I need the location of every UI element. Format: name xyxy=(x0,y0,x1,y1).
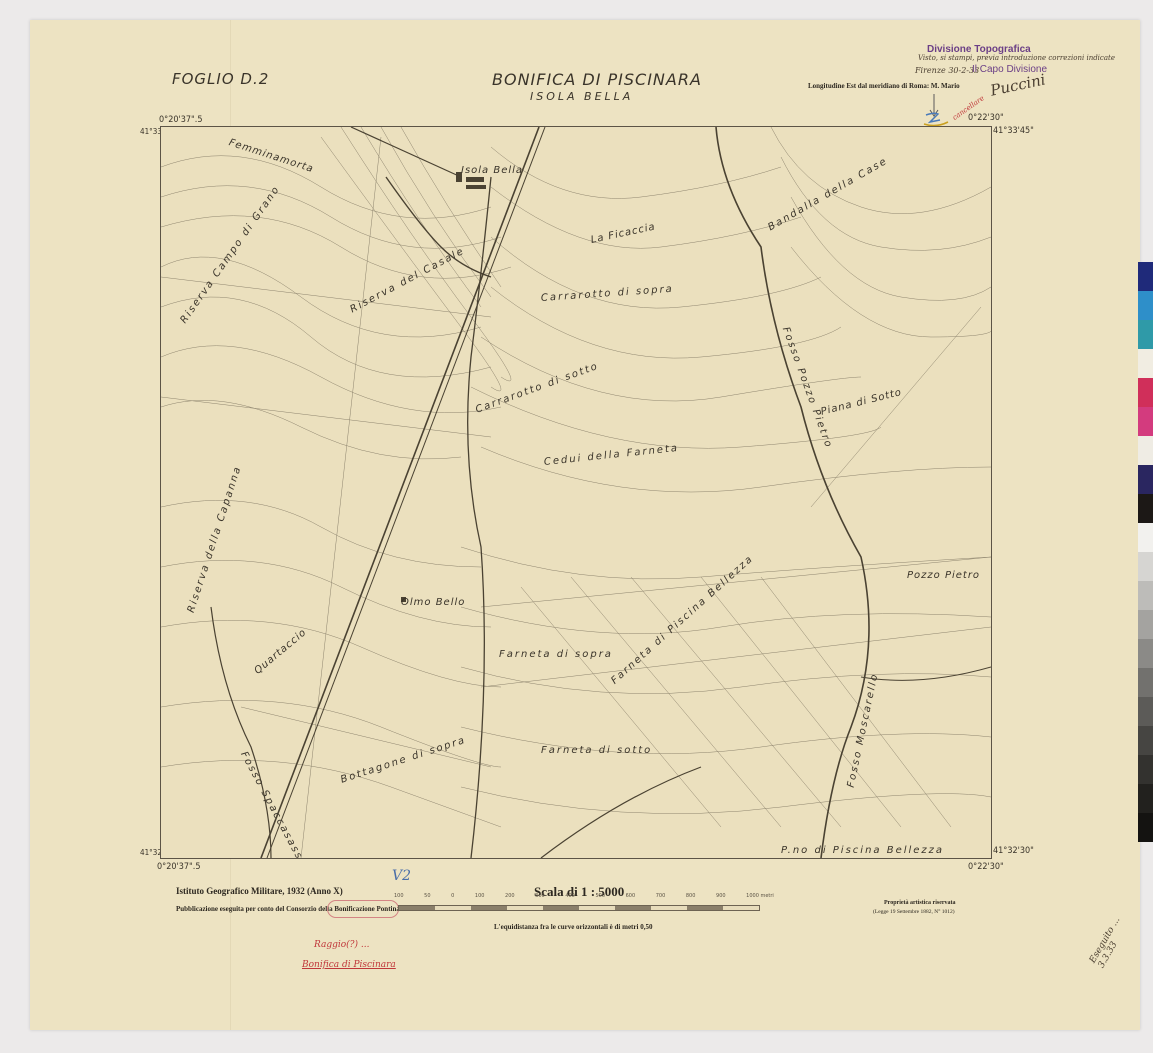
scale-tick-label: 900 xyxy=(716,893,726,899)
calibration-swatch xyxy=(1138,668,1153,697)
map-subtitle: ISOLA BELLA xyxy=(530,90,633,103)
scale-tick-label: 800 xyxy=(686,893,696,899)
annotation-blue-mark: V2 xyxy=(392,868,411,884)
coord-top-right-lon: 0°22'30" xyxy=(968,113,1004,123)
calibration-swatch xyxy=(1138,320,1153,349)
sheet-number: FOGLIO D.2 xyxy=(172,70,269,88)
scale-tick-label: 500 xyxy=(595,893,605,899)
calibration-swatch xyxy=(1138,407,1153,436)
scale-tick-label: 100 xyxy=(475,893,485,899)
map-title: BONIFICA DI PISCINARA xyxy=(492,70,702,89)
scale-tick-label: 100 xyxy=(394,893,404,899)
calibration-swatch xyxy=(1138,610,1153,639)
calibration-swatch xyxy=(1138,523,1153,552)
place-label: Isola Bella xyxy=(461,165,523,176)
scale-tick-label: 1000 metri xyxy=(746,893,774,899)
calibration-swatch xyxy=(1138,378,1153,407)
coord-top-left-lon: 0°20'37".5 xyxy=(159,115,202,125)
red-note-line-2: Bonifica di Piscinara xyxy=(302,960,396,970)
coord-bottom-left-lon: 0°20'37".5 xyxy=(157,862,200,872)
scale-ticks: 1005001002003004005006007008009001000 me… xyxy=(394,893,774,899)
coord-bottom-right-lat: 41°32'30" xyxy=(993,846,1034,856)
scale-bar xyxy=(398,905,760,911)
place-label: Farneta di sotto xyxy=(541,745,652,756)
publisher: Istituto Geografico Militare, 1932 (Anno… xyxy=(176,886,343,896)
color-calibration-strip xyxy=(1138,262,1153,842)
calibration-swatch xyxy=(1138,465,1153,494)
contour-interval-note: L'equidistanza fra le curve orizzontali … xyxy=(494,923,652,931)
calibration-swatch xyxy=(1138,581,1153,610)
stamp-handwritten-note: Visto, si stampi, previa introduzione co… xyxy=(918,54,1115,62)
scale-tick-label: 300 xyxy=(535,893,545,899)
calibration-swatch xyxy=(1138,813,1153,842)
calibration-swatch xyxy=(1138,755,1153,784)
coord-top-right-lat: 41°33'45" xyxy=(993,126,1034,136)
place-label: Pozzo Pietro xyxy=(907,570,980,581)
copyright: Proprietà artistica riservata xyxy=(884,900,956,906)
stamp-place-date: Firenze 30-2-33 xyxy=(915,66,979,75)
calibration-swatch xyxy=(1138,262,1153,291)
calibration-swatch xyxy=(1138,697,1153,726)
place-label: Farneta di sopra xyxy=(499,649,613,660)
red-circle-annotation xyxy=(327,900,399,918)
calibration-swatch xyxy=(1138,726,1153,755)
calibration-swatch xyxy=(1138,784,1153,813)
copyright-law: (Legge 19 Settembre 1882, N° 1012) xyxy=(873,909,955,915)
scale-tick-label: 400 xyxy=(565,893,575,899)
calibration-swatch xyxy=(1138,639,1153,668)
calibration-swatch xyxy=(1138,349,1153,378)
scale-tick-label: 0 xyxy=(451,893,454,899)
longitude-note: Longitudine Est dal meridiano di Roma: M… xyxy=(808,82,960,90)
scale-tick-label: 600 xyxy=(626,893,636,899)
red-note-line-1: Raggio(?) ... xyxy=(314,940,369,950)
scale-tick-label: 200 xyxy=(505,893,515,899)
coord-bottom-right-lon: 0°22'30" xyxy=(968,862,1004,872)
scale-tick-label: 700 xyxy=(656,893,666,899)
place-label: P.no di Piscina Bellezza xyxy=(781,845,944,856)
calibration-swatch xyxy=(1138,291,1153,320)
scale-tick-label: 50 xyxy=(424,893,430,899)
topographic-map[interactable]: FemminamortaIsola BellaRiserva Campo di … xyxy=(160,126,992,859)
calibration-swatch xyxy=(1138,494,1153,523)
place-label: Olmo Bello xyxy=(401,597,465,608)
calibration-swatch xyxy=(1138,436,1153,465)
calibration-swatch xyxy=(1138,552,1153,581)
